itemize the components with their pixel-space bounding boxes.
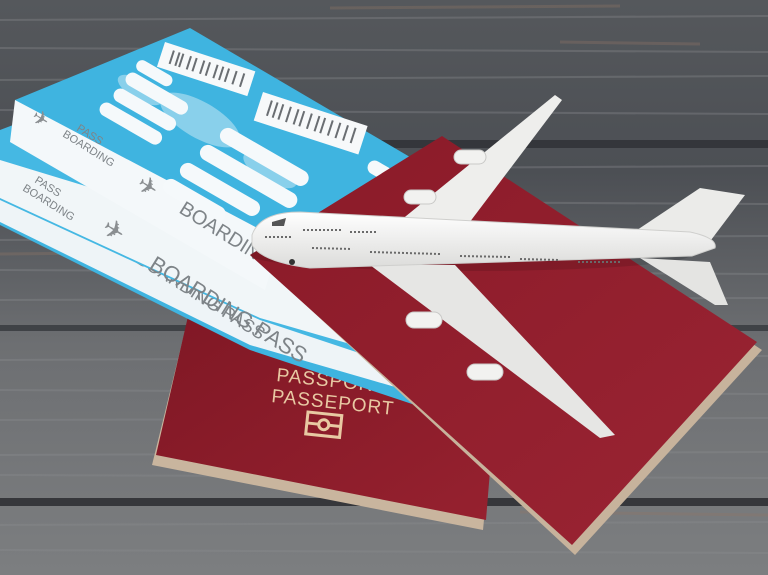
photo-scene: PASSAPORTE PASSPORT PASSEPORT BOARDING P… [0, 0, 768, 575]
photo-illustration: PASSAPORTE PASSPORT PASSEPORT BOARDING P… [0, 0, 768, 575]
